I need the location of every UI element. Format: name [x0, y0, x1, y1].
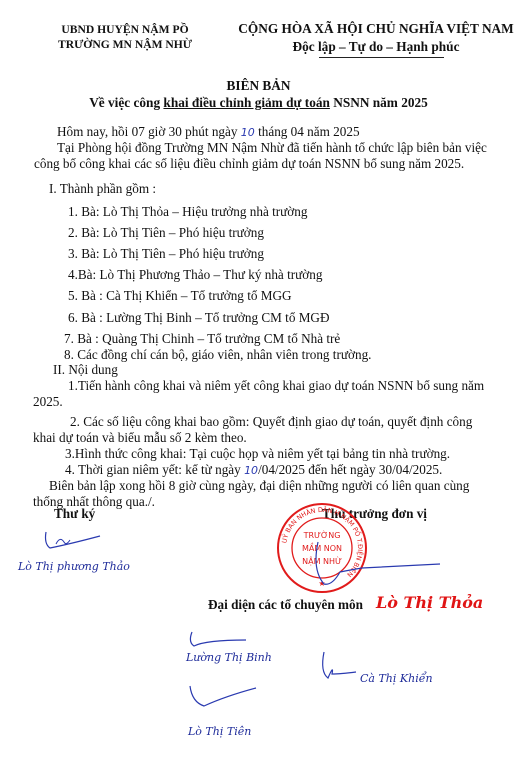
section-1-heading: I. Thành phần gồm : — [49, 181, 156, 197]
group-signature-1-icon — [186, 630, 256, 650]
head-name: Lò Thị Thỏa — [376, 593, 483, 612]
svg-text:TRƯỜNG: TRƯỜNG — [303, 529, 341, 540]
handwritten-day: 10 — [241, 126, 255, 139]
member-item: 8. Các đồng chí cán bộ, giáo viên, nhân … — [64, 347, 371, 363]
group-signature-2-icon — [318, 650, 358, 682]
content-item-1: 1.Tiến hành công khai và niêm yết công k… — [68, 378, 484, 394]
secretary-name: Lò Thị phương Thảo — [18, 560, 130, 573]
group-member-name: Lường Thị Binh — [186, 651, 272, 664]
member-item: 1. Bà: Lò Thị Thỏa – Hiệu trưởng nhà trư… — [68, 204, 307, 220]
group-member-name: Lò Thị Tiên — [188, 725, 251, 738]
content-item-3: 3.Hình thức công khai: Tại cuộc họp và n… — [65, 446, 450, 462]
member-item: 7. Bà : Quàng Thị Chinh – Tổ trưởng CM t… — [64, 331, 340, 347]
national-title: CỘNG HÒA XÃ HỘI CHỦ NGHĨA VIỆT NAM — [238, 20, 514, 38]
content-item-1-cont: 2025. — [33, 394, 63, 410]
agency-header: UBND HUYỆN NẬM PỒ TRƯỜNG MN NẬM NHỪ — [30, 22, 220, 52]
secretary-signature-icon — [40, 530, 110, 552]
national-motto: Độc lập – Tự do – Hạnh phúc — [238, 38, 514, 56]
motto-underline — [319, 57, 444, 58]
content-item-2: 2. Các số liệu công khai bao gồm: Quyết … — [70, 414, 472, 430]
intro-line-1: Hôm nay, hồi 07 giờ 30 phút ngày 10 thán… — [57, 124, 360, 141]
document-subtitle: Về việc công khai điều chỉnh giảm dự toá… — [0, 95, 517, 111]
member-item: 2. Bà: Lò Thị Tiên – Phó hiệu trưởng — [68, 225, 264, 241]
groups-label: Đại diện các tổ chuyên môn — [208, 597, 363, 613]
national-header: CỘNG HÒA XÃ HỘI CHỦ NGHĨA VIỆT NAM Độc l… — [238, 20, 514, 56]
intro-line-3: công bố công khai các số liệu điều chỉnh… — [34, 156, 464, 172]
section-2-heading: II. Nội dung — [53, 362, 118, 378]
content-item-2-cont: khai dự toán và biểu mẫu số 2 kèm theo. — [33, 430, 247, 446]
member-item: 4.Bà: Lò Thị Phương Thảo – Thư ký nhà tr… — [68, 267, 322, 283]
member-item: 6. Bà : Lường Thị Binh – Tổ trưởng CM tổ… — [68, 310, 329, 326]
intro-line-2: Tại Phòng hội đồng Trường MN Nậm Nhừ đã … — [57, 140, 487, 156]
secretary-label: Thư ký — [54, 506, 95, 522]
content-item-4: 4. Thời gian niêm yết: kể từ ngày 10/04/… — [65, 462, 442, 479]
group-member-name: Cà Thị Khiển — [360, 672, 433, 685]
document-title: BIÊN BẢN — [0, 78, 517, 94]
agency-name: UBND HUYỆN NẬM PỒ — [30, 22, 220, 37]
closing-line-1: Biên bản lập xong hồi 8 giờ cùng ngày, đ… — [49, 478, 469, 494]
member-item: 3. Bà: Lò Thị Tiên – Phó hiệu trưởng — [68, 246, 264, 262]
school-name: TRƯỜNG MN NẬM NHỪ — [30, 37, 220, 52]
member-item: 5. Bà : Cà Thị Khiển – Tổ trưởng tổ MGG — [68, 288, 292, 304]
group-signature-3-icon — [186, 682, 266, 710]
head-signature-icon — [310, 540, 450, 590]
handwritten-date: 10 — [244, 464, 258, 477]
